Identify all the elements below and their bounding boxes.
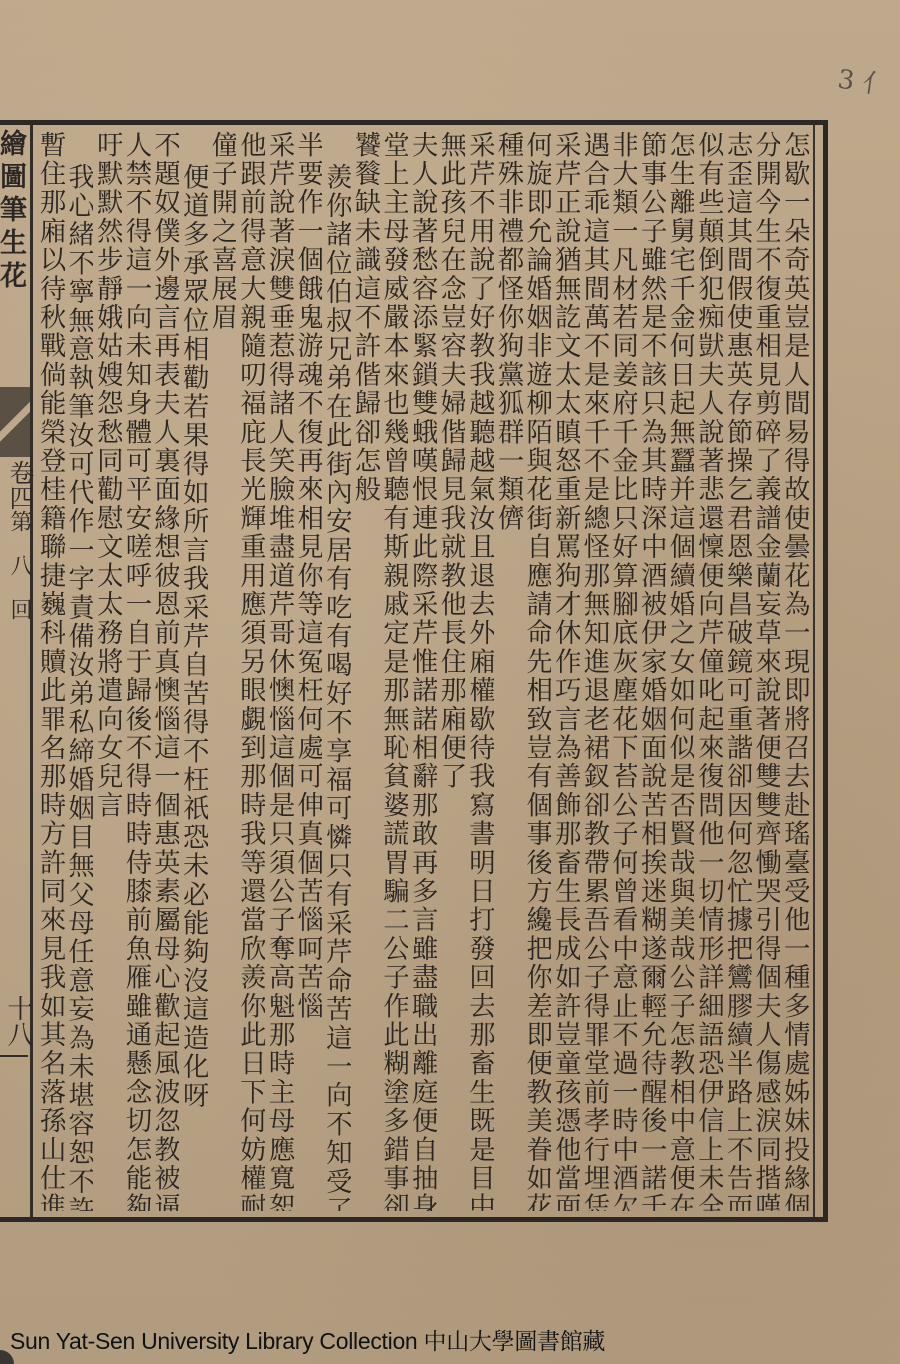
text-column: 羨你諸位伯叔兄弟在此街內安居有吃有喝好不享福可憐只有采芹命苦這一向不知受了多少辛… (322, 131, 351, 1211)
text-column: 人禁不得這一向未知身體可平安嗟呼一自于歸後不得時時侍膝前魚雁雖通懸念切怎能夠歸寧… (122, 131, 151, 1211)
frame-inner-rule (813, 125, 815, 1217)
text-column: 饕餮缺未識這不許偕歸卻怎般 (351, 131, 380, 1211)
text-column: 節事公子雖然是不該只為其時深中酒被伊家婚姻面說苦相挨迷糊遂爾輕允待醒後一諾千金悔… (637, 131, 666, 1211)
fore-edge-margin: 繪圖筆生花 卷四 第八回 十八 (0, 125, 33, 1217)
text-column: 他跟前得意大親隨叨福庇長光輝重用應須另眼覷到那時我等還當欣羨你此日下何妨權耐莫傷… (236, 131, 265, 1211)
text-column: 采芹說著淚雙垂惹得諸人笑臉堆盡道芹哥休懊惱這個是只須公子奪高魁那時主母應寬恕必定… (265, 131, 294, 1211)
text-column: 半要作一個餓鬼游魂不復再來相見你等這冤枉何處可伸真個苦惱呵苦惱 (294, 131, 323, 1211)
page-number: 十八 (0, 995, 37, 1047)
text-column: 便道多承眾位相勸若果得如所言我采芹自苦得不枉祇恐未必能夠沒這造化呀 (179, 131, 208, 1211)
handwritten-note: 3 ⺅ (836, 59, 891, 103)
text-column: 夫人說著愁容添緊鎖雙蛾嘆恨連此際采芹惟諾諾相辭那敢再多言雖盡職出離庭便自抽身到外… (408, 131, 437, 1211)
text-column: 志歪這其間假使惠英存節操乞君恩樂昌破鏡可重諧卻因何忽忙據把鸞膠續半路上不告而婚自… (723, 131, 752, 1211)
text-column: 非大類一凡材若同姜府千金比只好算腳底灰塵花下苔公子何曾看中意止不過一時中酒欠思裁… (609, 131, 638, 1211)
text-column: 似有些顛倒犯痴獃夫人說著悲還懍便向芹僮叱起來復問他一切情形詳細語恐伊信上未全開諸… (694, 131, 723, 1211)
text-column: 我心緒不寧無意執筆汝可代作一字責備汝弟私締婚姻目無父母任意妄為未堪容恕不許偕婦歸… (65, 131, 94, 1211)
text-column: 分開今生不復重相見剪碎了義譜金蘭妄草來說著便雙雙齊慟哭引得個夫人傷感淚同揩嘆口氣… (752, 131, 781, 1211)
text-column: 采芹正說猶無訖文太太瞋怒重新罵狗才休作巧言為善飾那畜生長成如許豈童孩憑他當面情難… (551, 131, 580, 1211)
library-credit: Sun Yat-Sen University Library Collectio… (10, 1323, 605, 1356)
fish-tail-mark-icon (0, 387, 30, 457)
text-column: 不題奴僕外邊言再表夫人裏面緣想彼恩前真懊惱這一個惠英素屬母心歡起風波忽教被逼星都… (151, 131, 180, 1211)
book-page: 3 ⺅ 繪圖筆生花 卷四 第八回 十八 怎歇一朵奇英豈是人間易得故使曇花為一現即… (0, 0, 900, 1364)
text-column: 遇合乖這其間萬不是來千不是總怪那無知進退老裙釵卻教帶累吾公子得罪堂前孝行埋恁差池… (580, 131, 609, 1211)
text-column: 堂上主母發威嚴本來也幾曾聽有斯親戚定是那無恥貧婆謊胃騙二公子作此糊塗多錯事卻累我… (380, 131, 409, 1211)
text-column: 僮子開之喜展眉 (208, 131, 237, 1211)
text-column: 怎生離舅宅千金何日起無蠶并這個續婚之女如何似是否賢哉與美哉公子怎教相中意便在那草… (666, 131, 695, 1211)
text-column: 采芹不用說了好教我越聽越氣汝且退去外廂權歇待我寫書明日打發回去那畜生既是目中未有… (465, 131, 494, 1211)
margin-divider (0, 1055, 28, 1057)
text-body: 怎歇一朵奇英豈是人間易得故使曇花為一現即將召去赴瑤臺受他一種多情處姊妹投緣個個皆… (36, 131, 809, 1211)
book-title: 繪圖筆生花 (2, 129, 30, 294)
text-column: 何旋即允論婚姻非遊柳陌與花街自應請命先相致豈有個事後方纔把你差即便教美眷如花難錯… (523, 131, 552, 1211)
volume-label: 卷四 (2, 460, 38, 510)
text-column: 種殊非禮都怪你狗黨狐群一類儕 (494, 131, 523, 1211)
text-column: 無此孩兒在念豈容夫婦偕歸見我就教他長住那廂便了 (437, 131, 466, 1211)
text-column: 暫住那廂以待秋戰倘能榮登桂籍聯捷巍科贖此罪名那時方許同來見我如其名落孫山仕進無分… (36, 131, 65, 1211)
page-frame: 繪圖筆生花 卷四 第八回 十八 怎歇一朵奇英豈是人間易得故使曇花為一現即將召去赴… (0, 120, 828, 1222)
text-column: 吁默默然步靜娥姑嫂怨愁同勸慰文太太務將遣向女兒言 (93, 131, 122, 1211)
text-column: 怎歇一朵奇英豈是人間易得故使曇花為一現即將召去赴瑤臺受他一種多情處姊妹投緣個個皆… (780, 131, 809, 1211)
chapter-label: 第八回 (4, 510, 35, 642)
